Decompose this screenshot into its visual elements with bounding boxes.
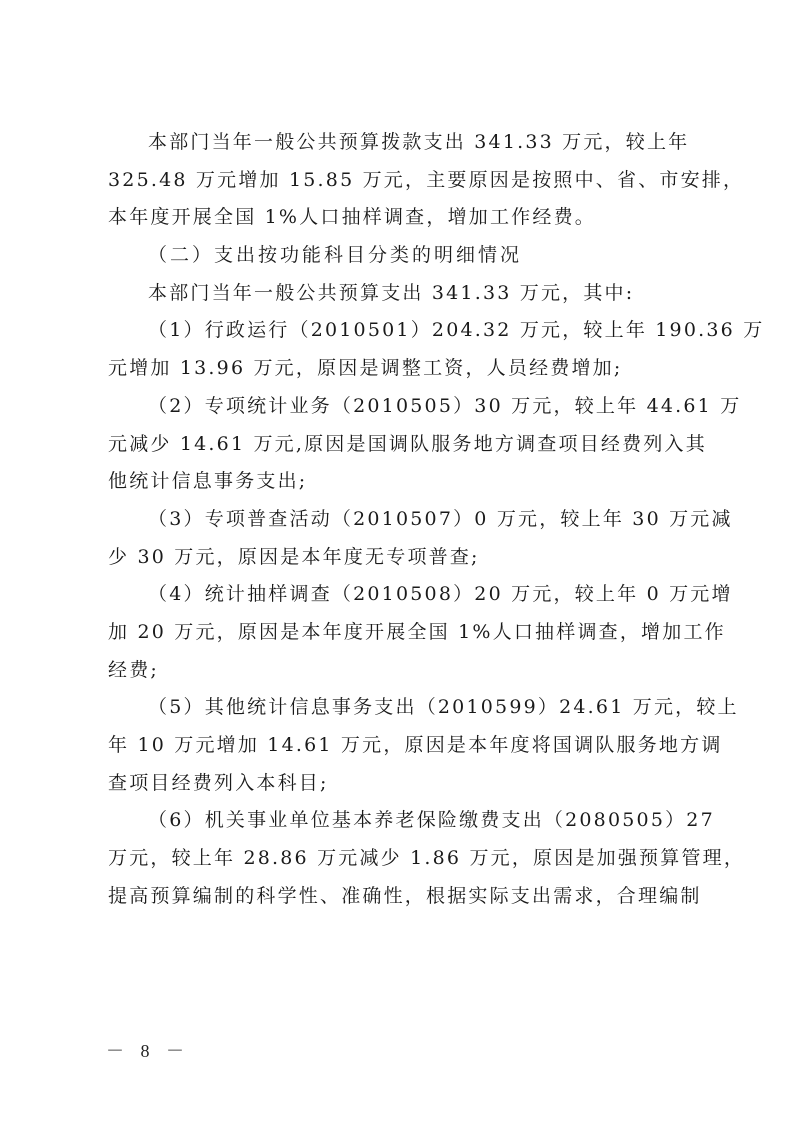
paragraph-line: 本部门当年一般公共预算拨款支出 341.33 万元，较上年 <box>108 124 688 162</box>
paragraph-line: 元减少 14.61 万元,原因是国调队服务地方调查项目经费列入其 <box>108 426 688 464</box>
paragraph-line: 年 10 万元增加 14.61 万元，原因是本年度将国调队服务地方调 <box>108 727 688 765</box>
list-item-1: （1）行政运行（2010501）204.32 万元，较上年 190.36 万 <box>108 312 688 350</box>
paragraph-line: 325.48 万元增加 15.85 万元，主要原因是按照中、省、市安排， <box>108 162 688 200</box>
list-item-3: （3）专项普查活动（2010507）0 万元，较上年 30 万元减 <box>108 501 688 539</box>
paragraph-line: 万元，较上年 28.86 万元减少 1.86 万元，原因是加强预算管理， <box>108 840 688 878</box>
paragraph-line: 查项目经费列入本科目; <box>108 765 688 803</box>
paragraph-line: 元增加 13.96 万元，原因是调整工资，人员经费增加; <box>108 350 688 388</box>
page-number: － 8 － <box>106 1037 190 1063</box>
list-item-4: （4）统计抽样调查（2010508）20 万元，较上年 0 万元增 <box>108 576 688 614</box>
section-heading: （二）支出按功能科目分类的明细情况 <box>108 237 688 275</box>
paragraph-line: 少 30 万元，原因是本年度无专项普查; <box>108 539 688 577</box>
paragraph-line: 他统计信息事务支出; <box>108 463 688 501</box>
paragraph-line: 加 20 万元，原因是本年度开展全国 1%人口抽样调查，增加工作 <box>108 614 688 652</box>
paragraph-line: 本部门当年一般公共预算支出 341.33 万元，其中: <box>108 275 688 313</box>
list-item-6: （6）机关事业单位基本养老保险缴费支出（2080505）27 <box>108 802 688 840</box>
list-item-2: （2）专项统计业务（2010505）30 万元，较上年 44.61 万 <box>108 388 688 426</box>
document-body: 本部门当年一般公共预算拨款支出 341.33 万元，较上年 325.48 万元增… <box>108 124 688 915</box>
paragraph-line: 经费; <box>108 652 688 690</box>
paragraph-line: 本年度开展全国 1%人口抽样调查，增加工作经费。 <box>108 199 688 237</box>
list-item-5: （5）其他统计信息事务支出（2010599）24.61 万元，较上 <box>108 689 688 727</box>
paragraph-line: 提高预算编制的科学性、准确性，根据实际支出需求，合理编制 <box>108 878 688 916</box>
